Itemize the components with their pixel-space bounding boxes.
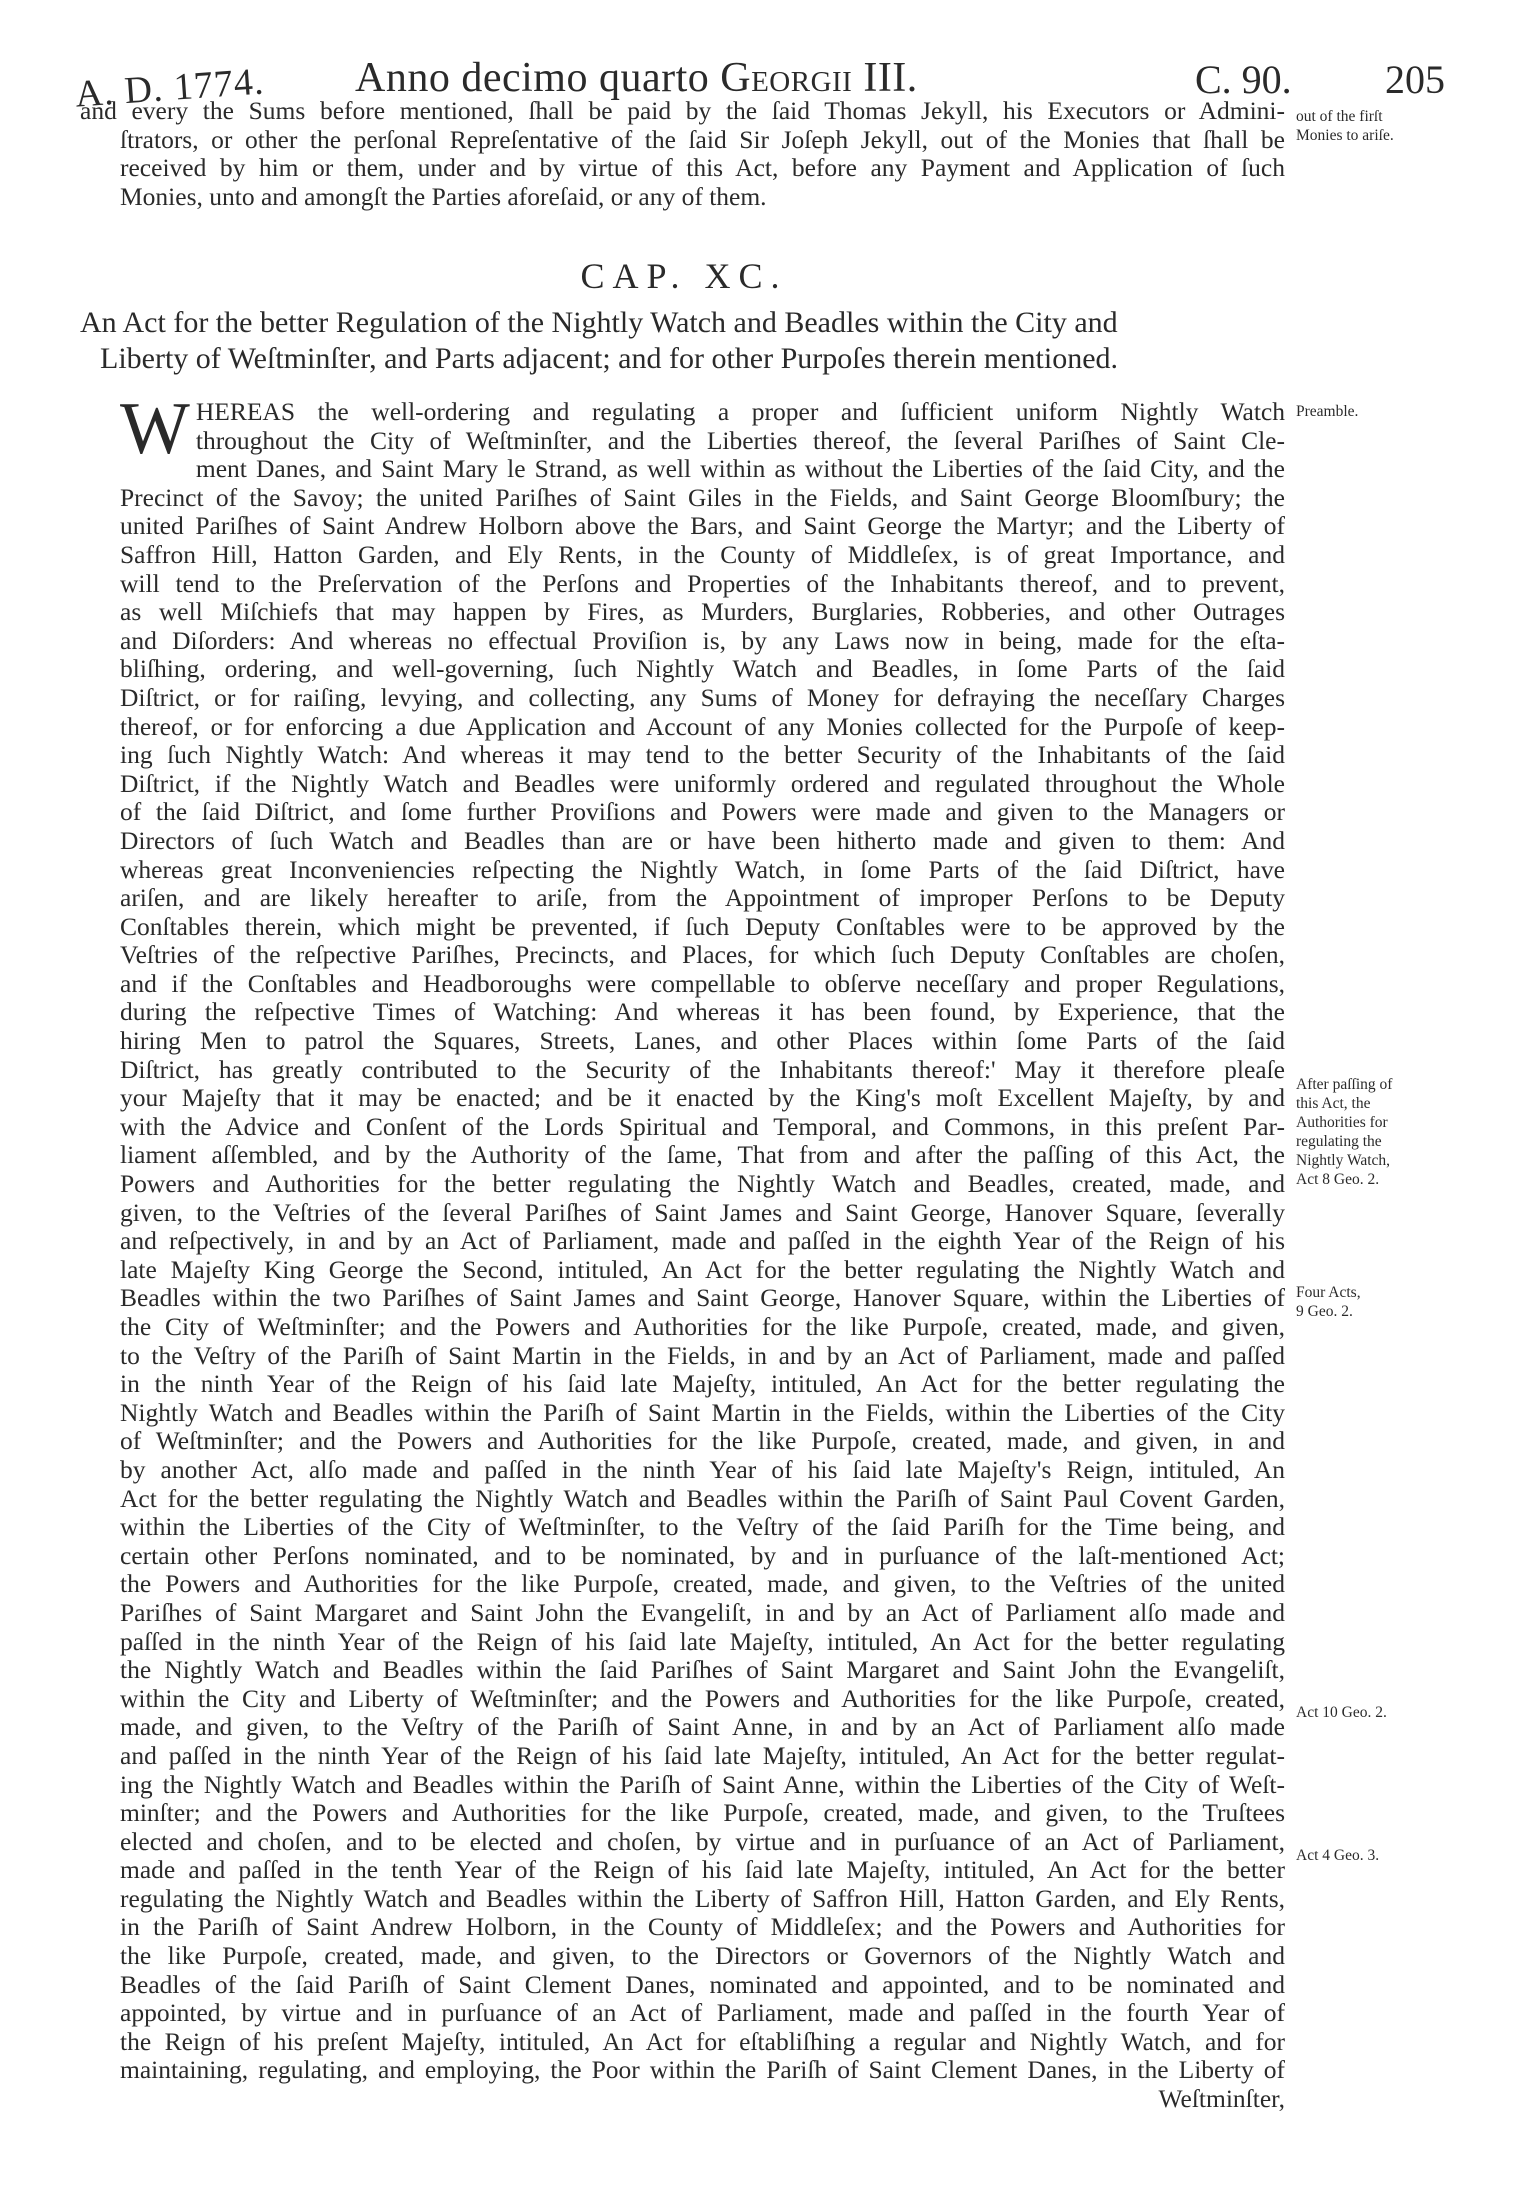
marginal-note-line: this Act, the (1296, 1094, 1496, 1113)
act-title-line: An Act for the better Regulation of the … (80, 305, 1260, 341)
marginal-note-act-10-geo: Act 10 Geo. 2. (1296, 1703, 1496, 1722)
text-line: the Reign of his preſent Majeſty, intitu… (120, 2028, 1285, 2057)
marginal-note-act-4-geo: Act 4 Geo. 3. (1296, 1846, 1496, 1865)
text-line: and Diſorders: And whereas no effectual … (120, 627, 1285, 656)
header-title-name: Georgii III. (720, 55, 918, 101)
page-number: 205 (1385, 56, 1445, 103)
text-line: the Powers and Authorities for the like … (120, 1570, 1285, 1599)
text-line: ment Danes, and Saint Mary le Strand, as… (120, 455, 1285, 484)
text-line: whereas great Inconveniencies reſpecting… (120, 856, 1285, 885)
marginal-note-four-acts: Four Acts,9 Geo. 2. (1296, 1283, 1496, 1321)
text-line: made, and given, to the Veſtry of the Pa… (120, 1713, 1285, 1742)
text-line: your Majeſty that it may be enacted; and… (120, 1084, 1285, 1113)
header-title-prefix: Anno decimo quarto (355, 55, 709, 101)
text-line: the like Purpoſe, created, made, and giv… (120, 1942, 1285, 1971)
text-line: Monies, unto and amongſt the Parties afo… (120, 183, 1285, 212)
chapter-heading: CAP. XC. (0, 255, 1528, 297)
text-line: bliſhing, ordering, and well-governing, … (120, 655, 1285, 684)
document-page: A. D. 1774. Anno decimo quarto Georgii I… (0, 0, 1528, 2187)
marginal-note-line: Act 4 Geo. 3. (1296, 1846, 1496, 1865)
act-title: An Act for the better Regulation of the … (80, 305, 1260, 377)
text-line: Powers and Authorities for the better re… (120, 1170, 1285, 1199)
text-line: by another Act, alſo made and paſſed in … (120, 1456, 1285, 1485)
text-line: ing the Nightly Watch and Beadles within… (120, 1771, 1285, 1800)
text-line: made and paſſed in the tenth Year of the… (120, 1856, 1285, 1885)
text-line: Nightly Watch and Beadles within the Par… (120, 1399, 1285, 1428)
marginal-note-line: regulating the (1296, 1132, 1496, 1151)
text-line: certain other Perſons nominated, and to … (120, 1542, 1285, 1571)
text-line: Precinct of the Savoy; the united Pariſh… (120, 484, 1285, 513)
text-line: Beadles of the ſaid Pariſh of Saint Clem… (120, 1971, 1285, 2000)
text-line: within the City and Liberty of Weſtminſt… (120, 1685, 1285, 1714)
text-line: of Weſtminſter; and the Powers and Autho… (120, 1427, 1285, 1456)
text-line: within the Liberties of the City of Weſt… (120, 1513, 1285, 1542)
text-line: Saffron Hill, Hatton Garden, and Ely Ren… (120, 541, 1285, 570)
text-line: Pariſhes of Saint Margaret and Saint Joh… (120, 1599, 1285, 1628)
text-line: Veſtries of the reſpective Pariſhes, Pre… (120, 941, 1285, 970)
text-line: Directors of ſuch Watch and Beadles than… (120, 827, 1285, 856)
marginal-note-line: 9 Geo. 2. (1296, 1302, 1496, 1321)
text-line: given, to the Veſtries of the ſeveral Pa… (120, 1199, 1285, 1228)
header-title: Anno decimo quarto Georgii III. (355, 54, 918, 102)
marginal-note-line: Preamble. (1296, 402, 1496, 421)
text-line: Diſtrict, if the Nightly Watch and Beadl… (120, 770, 1285, 799)
text-line: during the reſpective Times of Watching:… (120, 998, 1285, 1027)
text-line: elected and choſen, and to be elected an… (120, 1828, 1285, 1857)
text-line: and if the Conſtables and Headboroughs w… (120, 970, 1285, 999)
text-line: late Majeſty King George the Second, int… (120, 1256, 1285, 1285)
marginal-note-first-monies: out of the firſtMonies to ariſe. (1296, 107, 1496, 145)
text-line: united Pariſhes of Saint Andrew Holborn … (120, 512, 1285, 541)
text-line: Act for the better regulating the Nightl… (120, 1485, 1285, 1514)
text-line: hiring Men to patrol the Squares, Street… (120, 1027, 1285, 1056)
text-line: appointed, by virtue and in purſuance of… (120, 1999, 1285, 2028)
text-line: liament aſſembled, and by the Authority … (120, 1141, 1285, 1170)
text-line: the Nightly Watch and Beadles within the… (120, 1656, 1285, 1685)
text-line: ariſen, and are likely hereafter to ariſ… (120, 884, 1285, 913)
text-line: will tend to the Preſervation of the Per… (120, 570, 1285, 599)
marginal-note-after-passing: After paſſing ofthis Act, theAuthorities… (1296, 1075, 1496, 1189)
text-line: ſtrators, or other the perſonal Repreſen… (120, 126, 1285, 155)
marginal-note-line: Four Acts, (1296, 1283, 1496, 1302)
text-line: throughout the City of Weſtminſter, and … (120, 427, 1285, 456)
text-line: received by him or them, under and by vi… (120, 154, 1285, 183)
text-line: Beadles within the two Pariſhes of Saint… (120, 1284, 1285, 1313)
text-line: thereof, or for enforcing a due Applicat… (120, 713, 1285, 742)
text-line: of the ſaid Diſtrict, and ſome further P… (120, 798, 1285, 827)
text-line: the City of Weſtminſter; and the Powers … (120, 1313, 1285, 1342)
marginal-note-line: Nightly Watch, (1296, 1151, 1496, 1170)
text-line: as well Miſchiefs that may happen by Fir… (120, 598, 1285, 627)
text-line: ing ſuch Nightly Watch: And whereas it m… (120, 741, 1285, 770)
text-line: with the Advice and Conſent of the Lords… (120, 1113, 1285, 1142)
marginal-note-line: Monies to ariſe. (1296, 126, 1496, 145)
text-line: Conſtables therein, which might be preve… (120, 913, 1285, 942)
intro-paragraph: and every the Sums before mentioned, ſha… (120, 97, 1285, 211)
text-line: to the Veſtry of the Pariſh of Saint Mar… (120, 1342, 1285, 1371)
marginal-note-preamble: Preamble. (1296, 402, 1496, 421)
text-line: maintaining, regulating, and employing, … (120, 2056, 1285, 2085)
marginal-note-line: out of the firſt (1296, 107, 1496, 126)
text-line: HEREAS the well-ordering and regulating … (120, 398, 1285, 427)
text-line: Diſtrict, has greatly contributed to the… (120, 1056, 1285, 1085)
drop-cap: W (120, 398, 190, 458)
marginal-note-line: Act 8 Geo. 2. (1296, 1170, 1496, 1189)
text-line: in the Pariſh of Saint Andrew Holborn, i… (120, 1913, 1285, 1942)
text-line: in the ninth Year of the Reign of his ſa… (120, 1370, 1285, 1399)
text-line: Weſtminſter, (120, 2085, 1285, 2114)
text-line: minſter; and the Powers and Authorities … (120, 1799, 1285, 1828)
text-line: Diſtrict, or for raiſing, levying, and c… (120, 684, 1285, 713)
marginal-note-line: Act 10 Geo. 2. (1296, 1703, 1496, 1722)
marginal-note-line: After paſſing of (1296, 1075, 1496, 1094)
text-line: regulating the Nightly Watch and Beadles… (120, 1885, 1285, 1914)
text-line: and every the Sums before mentioned, ſha… (80, 97, 1285, 126)
text-line: and reſpectively, in and by an Act of Pa… (120, 1227, 1285, 1256)
text-line: and paſſed in the ninth Year of the Reig… (120, 1742, 1285, 1771)
text-line: paſſed in the ninth Year of the Reign of… (120, 1628, 1285, 1657)
act-body: W HEREAS the well-ordering and regulatin… (120, 398, 1285, 2114)
act-title-line: Liberty of Weſtminſter, and Parts adjace… (80, 341, 1260, 377)
marginal-note-line: Authorities for (1296, 1113, 1496, 1132)
